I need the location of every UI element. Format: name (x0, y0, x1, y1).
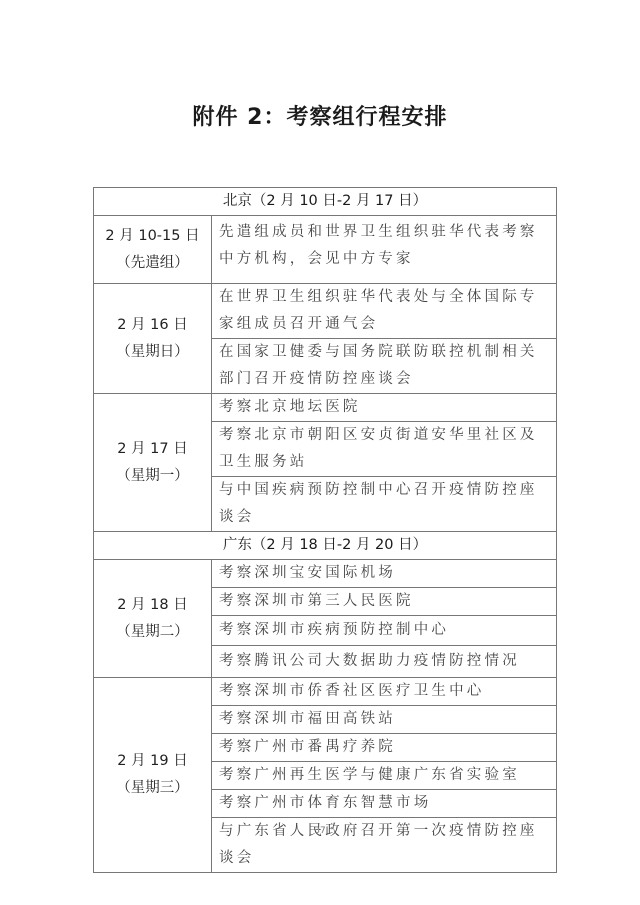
date-cell: 2 月 16 日 （星期日） (94, 284, 212, 394)
date-note: （星期一） (94, 463, 211, 490)
activity-cell: 考察广州市番禺疗养院 (212, 734, 557, 762)
date-cell: 2 月 17 日 （星期一） (94, 394, 212, 532)
activity-cell: 在世界卫生组织驻华代表处与全体国际专家组成员召开通气会 (212, 284, 557, 339)
region-header-beijing: 北京（2 月 10 日-2 月 17 日） (94, 188, 557, 216)
activity-cell: 在国家卫健委与国务院联防联控机制相关部门召开疫情防控座谈会 (212, 339, 557, 394)
activity-cell: 考察广州市体育东智慧市场 (212, 790, 557, 818)
itinerary-table: 北京（2 月 10 日-2 月 17 日） 2 月 10-15 日 （先遣组） … (93, 187, 557, 873)
table-row: 2 月 19 日 （星期三） 考察深圳市侨香社区医疗卫生中心 (94, 678, 557, 706)
date-note: （星期三） (94, 775, 211, 802)
activity-cell: 与中国疾病预防控制中心召开疫情防控座谈会 (212, 477, 557, 532)
activity-cell: 考察腾讯公司大数据助力疫情防控情况 (212, 646, 557, 678)
table-row: 2 月 18 日 （星期二） 考察深圳宝安国际机场 (94, 560, 557, 588)
activity-cell: 考察北京市朝阳区安贞街道安华里社区及卫生服务站 (212, 422, 557, 477)
document-title: 附件 2：考察组行程安排 (0, 100, 640, 131)
date-label: 2 月 17 日 (94, 436, 211, 463)
date-note: （星期二） (94, 619, 211, 646)
activity-cell: 考察深圳宝安国际机场 (212, 560, 557, 588)
table-row: 2 月 10-15 日 （先遣组） 先遣组成员和世界卫生组织驻华代表考察中方机构… (94, 216, 557, 284)
activity-cell: 考察深圳市福田高铁站 (212, 706, 557, 734)
date-label: 2 月 19 日 (94, 748, 211, 775)
date-label: 2 月 16 日 (94, 312, 211, 339)
date-note: （先遣组） (94, 250, 211, 277)
date-label: 2 月 10-15 日 (94, 223, 211, 250)
table-row: 2 月 17 日 （星期一） 考察北京地坛医院 (94, 394, 557, 422)
activity-cell: 考察广州再生医学与健康广东省实验室 (212, 762, 557, 790)
date-cell: 2 月 18 日 （星期二） (94, 560, 212, 678)
activity-cell: 考察深圳市侨香社区医疗卫生中心 (212, 678, 557, 706)
date-cell: 2 月 10-15 日 （先遣组） (94, 216, 212, 284)
date-note: （星期日） (94, 339, 211, 366)
page-number: 37 (0, 826, 640, 836)
region-header-guangdong: 广东（2 月 18 日-2 月 20 日） (94, 532, 557, 560)
activity-cell: 先遣组成员和世界卫生组织驻华代表考察中方机构，会见中方专家 (212, 216, 557, 284)
region-header-row: 北京（2 月 10 日-2 月 17 日） (94, 188, 557, 216)
date-cell: 2 月 19 日 （星期三） (94, 678, 212, 873)
region-header-row: 广东（2 月 18 日-2 月 20 日） (94, 532, 557, 560)
activity-cell: 考察北京地坛医院 (212, 394, 557, 422)
table-row: 2 月 16 日 （星期日） 在世界卫生组织驻华代表处与全体国际专家组成员召开通… (94, 284, 557, 339)
activity-cell: 考察深圳市第三人民医院 (212, 588, 557, 616)
activity-cell: 考察深圳市疾病预防控制中心 (212, 616, 557, 646)
date-label: 2 月 18 日 (94, 592, 211, 619)
